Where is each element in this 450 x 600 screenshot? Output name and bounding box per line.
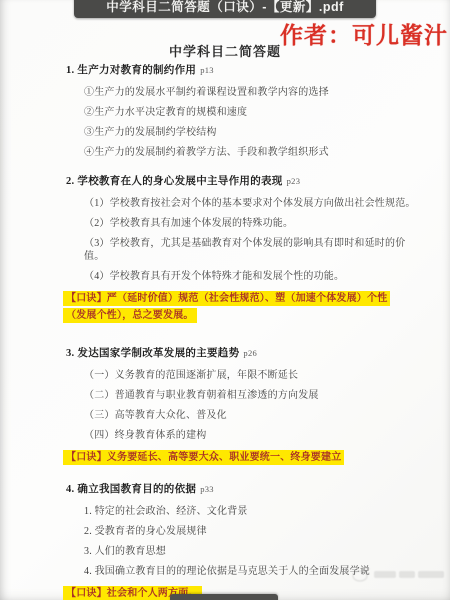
mnemonic-highlight: 【口诀】义务要延长、高等要大众、职业要统一、终身要建立 (63, 449, 395, 466)
list-item: （1）学校教育按社会对个体的基本要求对个体发展方向做出社会性规范。 (66, 197, 424, 210)
bottom-bar[interactable] (170, 594, 278, 600)
list-item: ④生产力的发展制约着教学方法、手段和教学组织形式 (66, 146, 424, 159)
list-item: （一）义务教育的范围逐渐扩展，年限不断延长 (66, 369, 424, 382)
list-item: （3）学校教育，尤其是基础教育对个体发展的影响具有即时和延时的价值。 (66, 237, 424, 263)
document-body: 1. 生产力对教育的制约作用p13 ①生产力的发展水平制约着课程设置和教学内容的… (66, 60, 424, 600)
section-2-page-ref: p23 (287, 176, 301, 186)
page-title: 中学科目二简答题 (0, 41, 450, 60)
section-3-title: 3. 发达国家学制改革发展的主要趋势 (66, 348, 239, 359)
section-1-heading: 1. 生产力对教育的制约作用p13 (66, 62, 424, 77)
mnemonic-highlight: 【口诀】严（延时价值）规范（社会性规范）、塑（加速个体发展）个性（发展个性），总… (63, 290, 395, 324)
section-1-title: 1. 生产力对教育的制约作用 (66, 65, 196, 76)
list-item: 3. 人们的教育思想 (66, 545, 424, 558)
section-3-heading: 3. 发达国家学制改革发展的主要趋势p26 (66, 345, 424, 360)
pdf-filename-bar[interactable]: 中学科目二简答题（口诀）-【更新】.pdf (74, 0, 376, 18)
pdf-filename: 中学科目二简答题（口诀）-【更新】.pdf (106, 0, 344, 15)
list-item: ①生产力的发展水平制约着课程设置和教学内容的选择 (66, 86, 424, 99)
document-photo-page: 中学科目二简答题（口诀）-【更新】.pdf 作者：可儿酱汁 中学科目二简答题 1… (0, 0, 450, 600)
weibo-watermark-text (374, 571, 444, 578)
list-item: 2. 受教育者的身心发展规律 (66, 525, 424, 538)
list-item: （三）高等教育大众化、普及化 (66, 409, 424, 422)
weibo-watermark-icon (352, 566, 444, 582)
section-4: 4. 确立我国教育目的的依据p33 1. 特定的社会政治、经济、文化背景 2. … (66, 481, 424, 600)
section-2: 2. 学校教育在人的身心发展中主导作用的表现p23 （1）学校教育按社会对个体的… (66, 173, 424, 324)
section-3-page-ref: p26 (243, 348, 257, 358)
list-item: ③生产力的发展制约学校结构 (66, 126, 424, 139)
section-1-page-ref: p13 (200, 65, 214, 75)
mnemonic-text: 【口诀】严（延时价值）规范（社会性规范）、塑（加速个体发展）个性（发展个性），总… (63, 291, 390, 323)
list-item: （四）终身教育体系的建构 (66, 429, 424, 442)
section-4-title: 4. 确立我国教育目的的依据 (66, 484, 196, 495)
section-4-heading: 4. 确立我国教育目的的依据p33 (66, 481, 424, 496)
section-3: 3. 发达国家学制改革发展的主要趋势p26 （一）义务教育的范围逐渐扩展，年限不… (66, 345, 424, 466)
mnemonic-text: 【口诀】义务要延长、高等要大众、职业要统一、终身要建立 (63, 450, 344, 465)
section-4-page-ref: p33 (200, 484, 214, 494)
list-item: ②生产力水平决定教育的规模和速度 (66, 106, 424, 119)
list-item: （4）学校教育具有开发个体特殊才能和发展个性的功能。 (66, 270, 424, 283)
section-2-heading: 2. 学校教育在人的身心发展中主导作用的表现p23 (66, 173, 424, 188)
list-item: 1. 特定的社会政治、经济、文化背景 (66, 505, 424, 518)
section-2-title: 2. 学校教育在人的身心发展中主导作用的表现 (66, 176, 283, 187)
list-item: （二）普通教育与职业教育朝着相互渗透的方向发展 (66, 389, 424, 402)
section-1: 1. 生产力对教育的制约作用p13 ①生产力的发展水平制约着课程设置和教学内容的… (66, 62, 424, 159)
list-item: （2）学校教育具有加速个体发展的特殊功能。 (66, 217, 424, 230)
